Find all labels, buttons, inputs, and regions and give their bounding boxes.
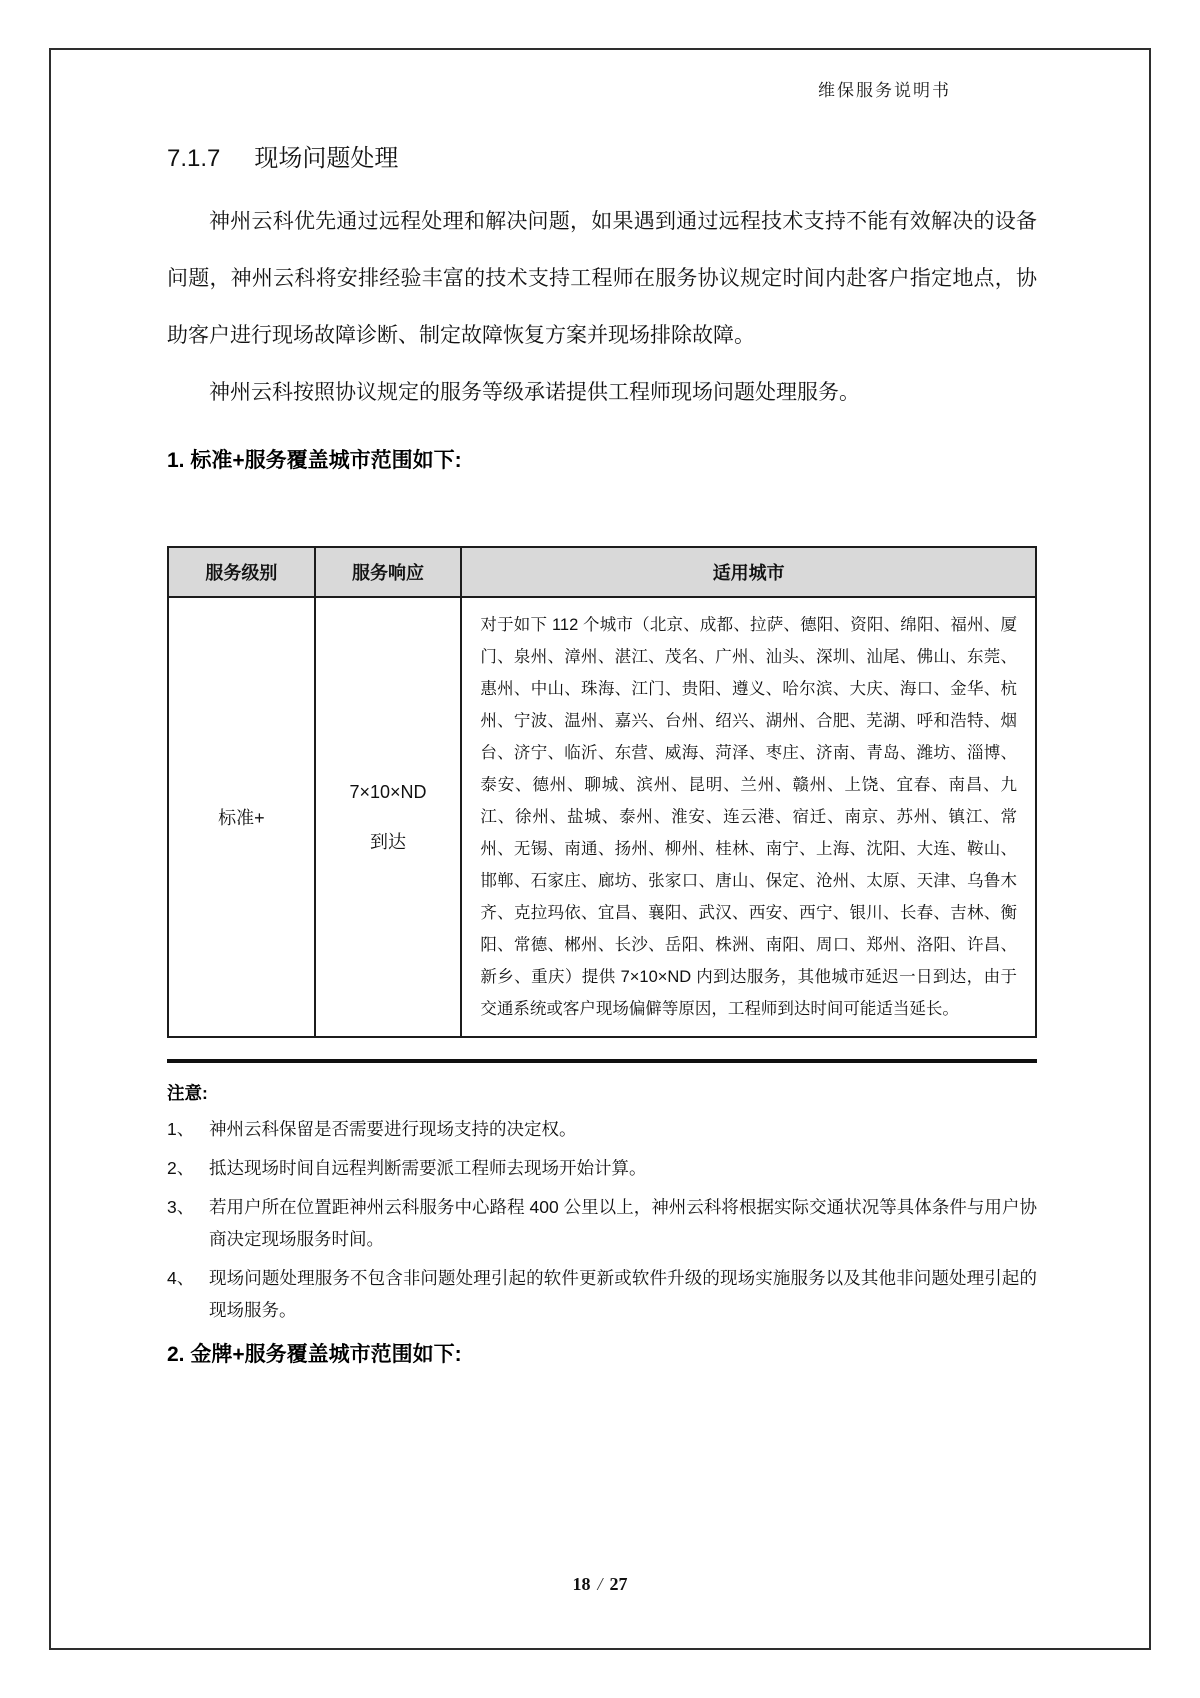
page-number-current: 18	[572, 1574, 590, 1594]
heading-standard-plus-coverage: 1. 标准+服务覆盖城市范围如下:	[167, 444, 1037, 474]
page-number: 18/27	[51, 1574, 1149, 1595]
note-item-2: 2、 抵达现场时间自远程判断需要派工程师去现场开始计算。	[167, 1152, 1037, 1184]
notes-list: 1、 神州云科保留是否需要进行现场支持的决定权。 2、 抵达现场时间自远程判断需…	[167, 1113, 1037, 1326]
col-header-applicable-cities: 适用城市	[461, 547, 1036, 597]
cell-applicable-cities: 对于如下 112 个城市（北京、成都、拉萨、德阳、资阳、绵阳、福州、厦门、泉州、…	[461, 597, 1036, 1037]
coverage-table: 服务级别 服务响应 适用城市 标准+ 7×10×ND 到达 对于如下 112 个…	[167, 546, 1037, 1038]
cell-service-level: 标准+	[168, 597, 315, 1037]
note-number: 1、	[167, 1113, 209, 1145]
paragraph-remote-first: 神州云科优先通过远程处理和解决问题，如果遇到通过远程技术支持不能有效解决的设备问…	[167, 193, 1037, 364]
note-item-1: 1、 神州云科保留是否需要进行现场支持的决定权。	[167, 1113, 1037, 1145]
section-title: 7.1.7现场问题处理	[167, 138, 1037, 173]
section-title-text: 现场问题处理	[254, 145, 398, 172]
section-number: 7.1.7	[167, 145, 220, 172]
document-page: 维保服务说明书 7.1.7现场问题处理 神州云科优先通过远程处理和解决问题，如果…	[0, 0, 1200, 1698]
col-header-service-response: 服务响应	[315, 547, 462, 597]
note-text: 神州云科保留是否需要进行现场支持的决定权。	[209, 1113, 1037, 1145]
separator-rule	[167, 1059, 1037, 1063]
note-number: 2、	[167, 1152, 209, 1184]
table-header-row: 服务级别 服务响应 适用城市	[168, 547, 1036, 597]
page-border: 维保服务说明书 7.1.7现场问题处理 神州云科优先通过远程处理和解决问题，如果…	[49, 48, 1151, 1650]
note-text: 抵达现场时间自远程判断需要派工程师去现场开始计算。	[209, 1152, 1037, 1184]
note-item-4: 4、 现场问题处理服务不包含非问题处理引起的软件更新或软件升级的现场实施服务以及…	[167, 1262, 1037, 1326]
paragraph-service-commitment: 神州云科按照协议规定的服务等级承诺提供工程师现场问题处理服务。	[167, 364, 1037, 421]
col-header-service-level: 服务级别	[168, 547, 315, 597]
note-number: 3、	[167, 1191, 209, 1255]
page-number-separator: /	[590, 1574, 609, 1594]
cell-service-response: 7×10×ND 到达	[315, 597, 462, 1037]
table-row: 标准+ 7×10×ND 到达 对于如下 112 个城市（北京、成都、拉萨、德阳、…	[168, 597, 1036, 1037]
note-text: 若用户所在位置距神州云科服务中心路程 400 公里以上，神州云科将根据实际交通状…	[209, 1191, 1037, 1255]
heading-gold-plus-coverage: 2. 金牌+服务覆盖城市范围如下:	[167, 1338, 1037, 1368]
page-number-total: 27	[610, 1574, 628, 1594]
note-item-3: 3、 若用户所在位置距神州云科服务中心路程 400 公里以上，神州云科将根据实际…	[167, 1191, 1037, 1255]
notes-label: 注意:	[167, 1080, 1037, 1105]
note-number: 4、	[167, 1262, 209, 1326]
page-content: 7.1.7现场问题处理 神州云科优先通过远程处理和解决问题，如果遇到通过远程技术…	[167, 50, 1037, 1368]
note-text: 现场问题处理服务不包含非问题处理引起的软件更新或软件升级的现场实施服务以及其他非…	[209, 1262, 1037, 1326]
